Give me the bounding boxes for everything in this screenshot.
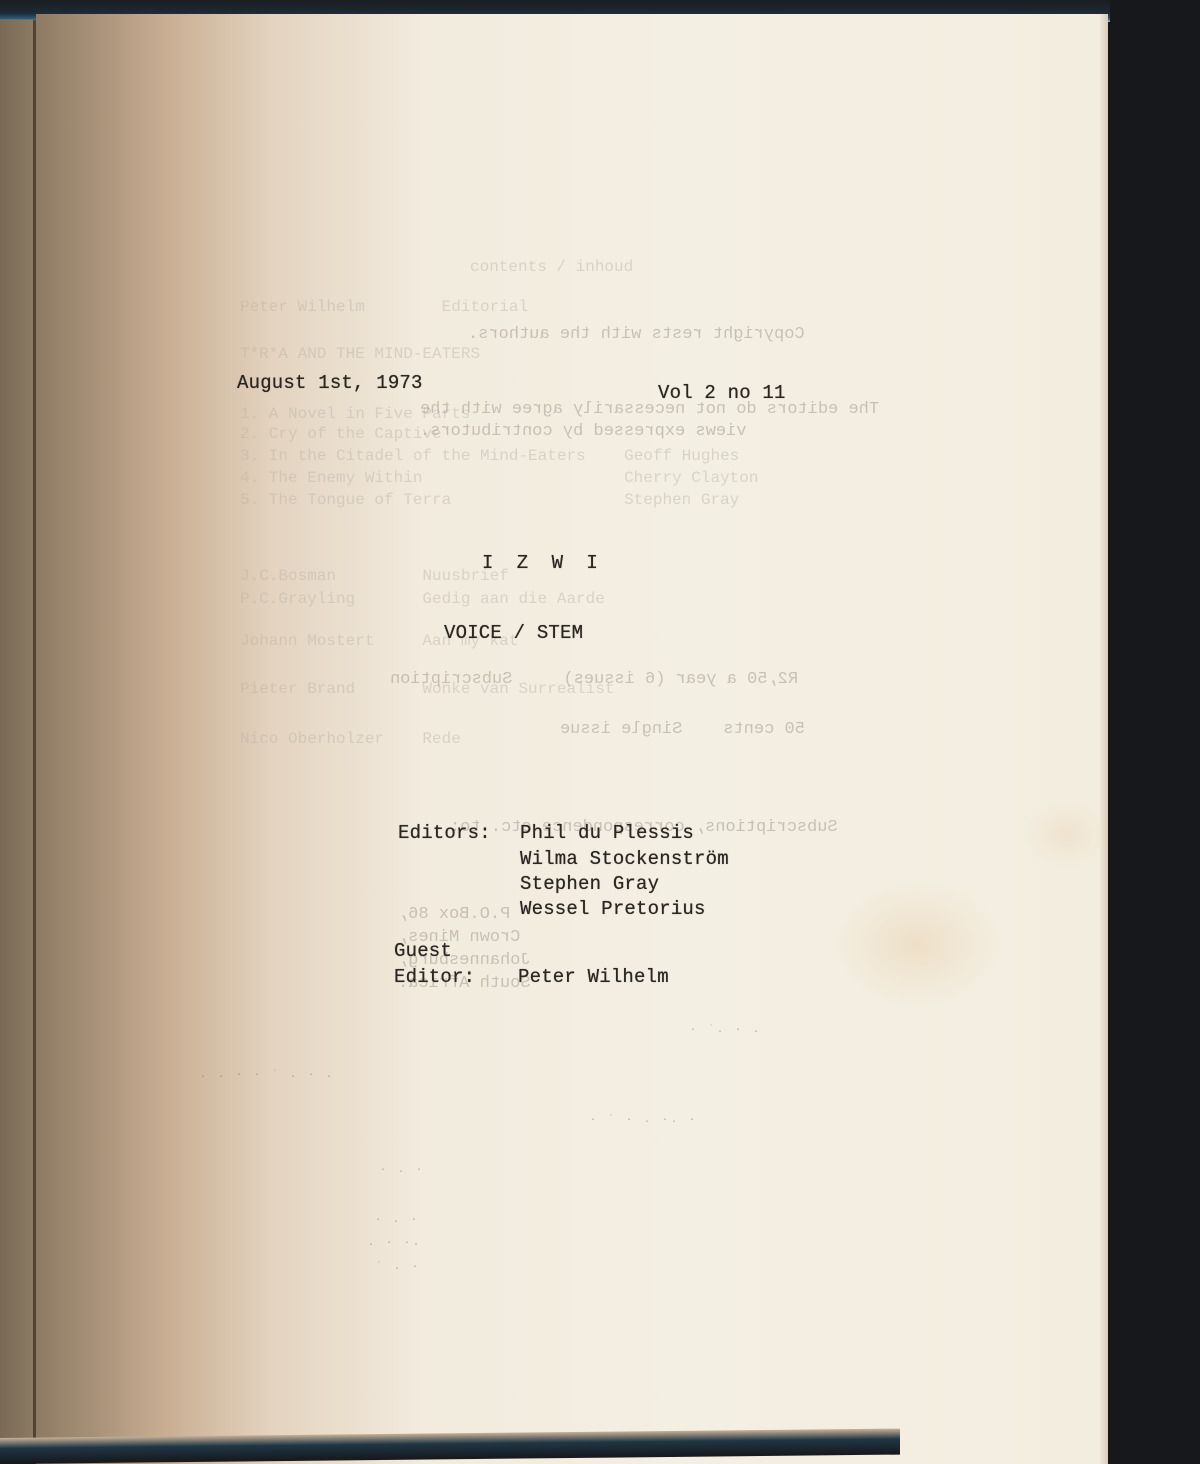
editor-name: Wessel Pretorius	[520, 898, 706, 920]
ink-specks: · . ·	[380, 1165, 425, 1176]
guest-editor-label-1: Guest	[394, 940, 452, 962]
bleed-contents-row: Nico Oberholzer Rede	[240, 730, 461, 748]
guest-editor-label-2: Editor:	[394, 966, 475, 988]
issue-volume: Vol 2 no 11	[658, 382, 786, 404]
bleed-disclaimer-2: views expressed by contributors.	[420, 422, 746, 441]
bleed-copyright: Copyright rests with the authors.	[468, 325, 805, 344]
ink-specks: · ˙ · . ·. ·	[590, 1115, 698, 1126]
ink-specks: · . ·	[375, 1215, 420, 1226]
issue-date: August 1st, 1973	[237, 372, 423, 394]
bleed-contents-row: P.C.Grayling Gedig aan die Aarde	[240, 590, 605, 608]
ink-specks: . . · · ˙ . · .	[200, 1070, 335, 1081]
bleed-contents-row: 3. In the Citadel of the Mind-Eaters Geo…	[240, 447, 739, 465]
editor-name: Phil du Plessis	[520, 822, 694, 844]
bleed-disclaimer-1: The editors do not necessarily agree wit…	[420, 400, 879, 419]
ink-specks: . · ·.	[368, 1238, 422, 1249]
bleed-single-issue: 50 cents Single issue	[560, 720, 805, 739]
bleed-subscription: R2,50 a year (6 issues) Subscription	[390, 670, 798, 689]
editors-label: Editors:	[398, 822, 491, 844]
bleed-contents-row: 4. The Enemy Within Cherry Clayton	[240, 469, 758, 487]
bleed-contents-heading: contents / inhoud	[470, 258, 633, 276]
ink-specks: · ˙. · .	[690, 1025, 762, 1036]
bleed-address-line: P.O.Box 86,	[398, 905, 510, 924]
editor-name: Stephen Gray	[520, 873, 659, 895]
scanned-page: contents / inhoud Peter Wilhelm Editoria…	[0, 0, 1200, 1464]
guest-editor-name: Peter Wilhelm	[518, 966, 669, 988]
bleed-contents-row: T*R*A AND THE MIND-EATERS	[240, 345, 480, 363]
paper-page	[36, 14, 1107, 1464]
magazine-subtitle: VOICE / STEM	[444, 622, 583, 644]
magazine-title: I Z W I	[482, 552, 604, 574]
bleed-contents-row: 2. Cry of the Captive	[240, 425, 442, 443]
ink-specks: ˙ . ·	[376, 1262, 421, 1273]
editor-name: Wilma Stockenström	[520, 848, 729, 870]
bleed-contents-row: J.C.Bosman Nuusbrief	[240, 567, 509, 585]
page-right-edge	[1100, 14, 1108, 1464]
bleed-contents-row: Peter Wilhelm Editorial	[240, 298, 528, 316]
facing-page-edge	[0, 20, 36, 1445]
book-gutter	[33, 20, 36, 1445]
bleed-contents-row: 5. The Tongue of Terra Stephen Gray	[240, 491, 739, 509]
